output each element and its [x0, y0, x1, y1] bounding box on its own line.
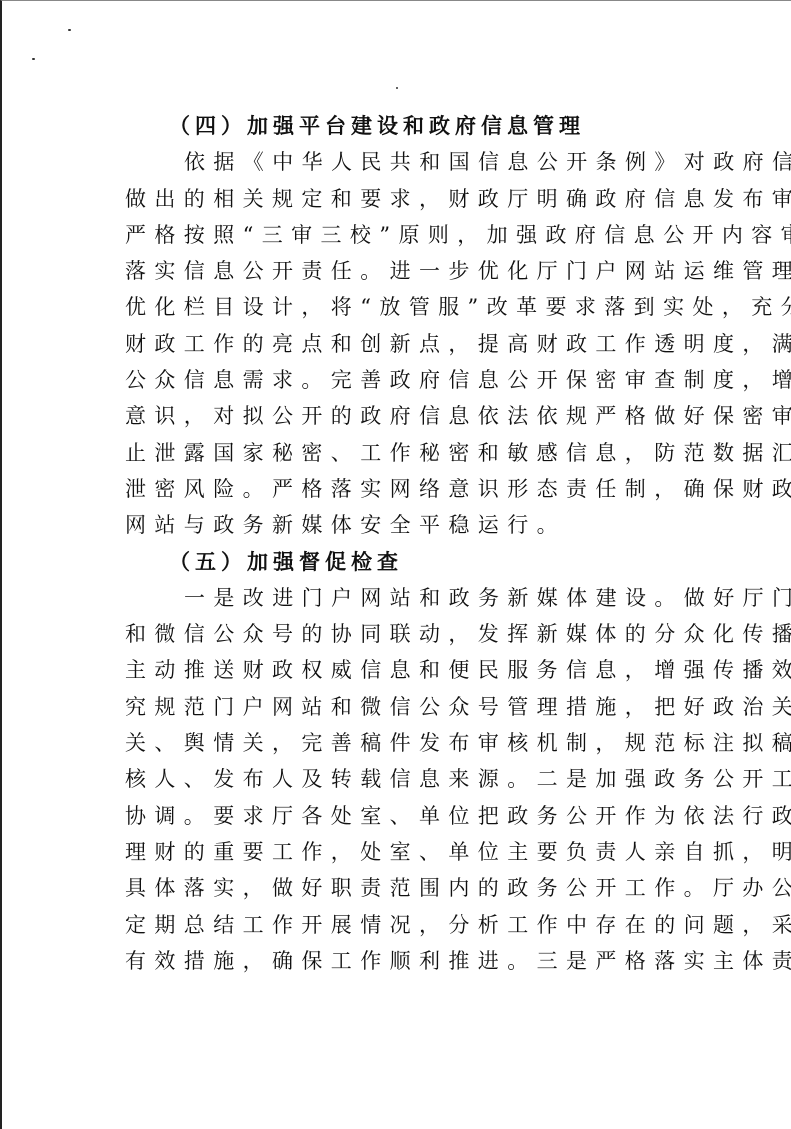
scanned-page: （四）加强平台建设和政府信息管理 依据《中华人民共和国信息公开条例》对政府信息公… [0, 0, 791, 1129]
paragraph-line: 落实信息公开责任。进一步优化厅门户网站运维管理，调整 [125, 253, 695, 289]
paragraph-line: 主动推送财政权威信息和便民服务信息，增强传播效果。研 [125, 652, 695, 688]
paragraph-line: 定期总结工作开展情况，分析工作中存在的问题，采取积极 [125, 907, 695, 943]
paragraph-line: 依据《中华人民共和国信息公开条例》对政府信息公开 [125, 144, 695, 180]
section-heading-5: （五）加强督促检查 [125, 544, 695, 580]
paragraph-line: 核人、发布人及转载信息来源。二是加强政务公开工作组织 [125, 761, 695, 797]
scan-speck [396, 87, 398, 89]
paragraph-line: 优化栏目设计，将“放管服”改革要求落到实处，充分展示 [125, 289, 695, 325]
paragraph-line: 泄密风险。严格落实网络意识形态责任制，确保财政厅门户 [125, 471, 695, 507]
paragraph-line: 意识，对拟公开的政府信息依法依规严格做好保密审查，防 [125, 398, 695, 434]
paragraph-line: 一是改进门户网站和政务新媒体建设。做好厅门户网站 [125, 580, 695, 616]
paragraph-line: 有效措施，确保工作顺利推进。三是严格落实主体责任。在 [125, 943, 695, 979]
document-body: （四）加强平台建设和政府信息管理 依据《中华人民共和国信息公开条例》对政府信息公… [125, 108, 695, 979]
scan-speck [32, 58, 35, 60]
scan-speck [68, 29, 71, 31]
paragraph-line: 具体落实，做好职责范围内的政务公开工作。厅办公室通过 [125, 870, 695, 906]
section-heading-4: （四）加强平台建设和政府信息管理 [125, 108, 695, 144]
paragraph-line: 严格按照“三审三校”原则，加强政府信息公开内容审核， [125, 217, 695, 253]
paragraph-line: 网站与政务新媒体安全平稳运行。 [125, 507, 695, 543]
paragraph-line: 理财的重要工作，处室、单位主要负责人亲自抓，明确专人 [125, 834, 695, 870]
paragraph-line: 财政工作的亮点和创新点，提高财政工作透明度，满足社会 [125, 326, 695, 362]
paragraph-line: 做出的相关规定和要求，财政厅明确政府信息发布审核流程， [125, 181, 695, 217]
paragraph-line: 协调。要求厅各处室、单位把政务公开作为依法行政、依法 [125, 798, 695, 834]
paragraph-line: 关、舆情关，完善稿件发布审核机制，规范标注拟稿人、审 [125, 725, 695, 761]
paragraph-line: 和微信公众号的协同联动，发挥新媒体的分众化传播优势， [125, 616, 695, 652]
paragraph-line: 止泄露国家秘密、工作秘密和敏感信息，防范数据汇聚引发 [125, 435, 695, 471]
paragraph-line: 究规范门户网站和微信公众号管理措施，把好政治关、文字 [125, 689, 695, 725]
paragraph-line: 公众信息需求。完善政府信息公开保密审查制度，增强规范 [125, 362, 695, 398]
